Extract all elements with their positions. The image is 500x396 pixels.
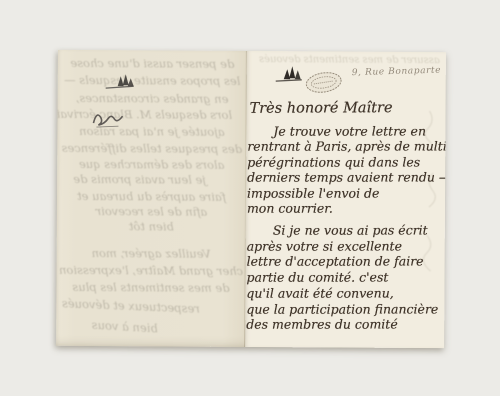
showthrough-line: cher grand Maître, l'expression: [57, 263, 246, 278]
letter-line: que la participation financière: [246, 301, 444, 317]
letter-line: impossible l'envoi de: [247, 185, 445, 201]
letter-line: rentrant à Paris, après de multiples: [247, 139, 445, 155]
letter-line: derniers temps avaient rendu —: [247, 170, 445, 186]
showthrough-line: les propos ensuite, lesquels —: [56, 73, 247, 88]
letter-line: Si je ne vous ai pas écrit: [247, 222, 445, 238]
showthrough-line: des presques telles différences: [56, 141, 246, 156]
showthrough-line: faire auprès du bureau et: [57, 189, 246, 204]
letter-page-left: de penser aussi d'une chose les propos e…: [56, 50, 247, 347]
folded-letter-sheet: de penser aussi d'une chose les propos e…: [56, 50, 446, 348]
showthrough-line: lors desquels M. Blanc écrivait: [56, 107, 246, 122]
showthrough-line: assurer de mes sentiments devoués: [259, 54, 440, 66]
showthrough-line: Veuillez agréer, mon: [57, 246, 246, 261]
showthrough-line: bien tôt: [56, 218, 246, 234]
showthrough-line: respectueux et dévoués: [56, 295, 245, 318]
oval-collection-stamp-icon: [303, 69, 344, 96]
letterhead-address: 9, Rue Bonaparte: [351, 66, 441, 79]
scanned-letter-photo: { "colors": { "backdrop": "#ecebe7", "le…: [0, 0, 500, 396]
showthrough-line: alors des démarches que: [57, 157, 246, 172]
showthrough-line: ajoutée je n'ai pas raison: [57, 124, 246, 139]
showthrough-line: de penser aussi d'une chose: [58, 56, 247, 71]
letter-paragraph-1: Je trouve votre lettre en rentrant à Par…: [247, 123, 446, 217]
letter-line: partie du comité. c'est: [247, 270, 445, 286]
bleed-through-text-left: de penser aussi d'une chose les propos e…: [56, 50, 247, 347]
showthrough-line: de mes sentiments les plus: [56, 280, 245, 295]
letter-line: après votre si excellente: [247, 238, 445, 254]
ink-scribble-mark: [90, 109, 126, 129]
showthrough-line: afin de les recevoir: [56, 204, 246, 219]
letter-line: Je trouve votre lettre en: [247, 123, 445, 139]
letter-paragraph-2: Si je ne vous ai pas écrit après votre s…: [246, 222, 445, 333]
showthrough-line: en grandes circonstances,: [58, 91, 247, 106]
letter-page-right: assurer de mes sentiments devoués 9, Rue…: [245, 51, 446, 348]
showthrough-line: je leur avais promis de: [56, 172, 246, 187]
ink-blot-mark: [275, 64, 307, 85]
letter-line: lettre d'acceptation de faire: [247, 254, 445, 270]
letter-line: qu'il avait été convenu,: [246, 285, 444, 301]
ink-smudge-mark: [104, 72, 138, 92]
letter-line: mon courrier.: [247, 201, 445, 217]
letter-line: des membres du comité: [246, 317, 444, 333]
letter-line: pérégrinations qui dans les: [247, 154, 445, 170]
showthrough-line: bien à vous: [56, 314, 245, 341]
letter-greeting: Très honoré Maître: [250, 100, 393, 117]
